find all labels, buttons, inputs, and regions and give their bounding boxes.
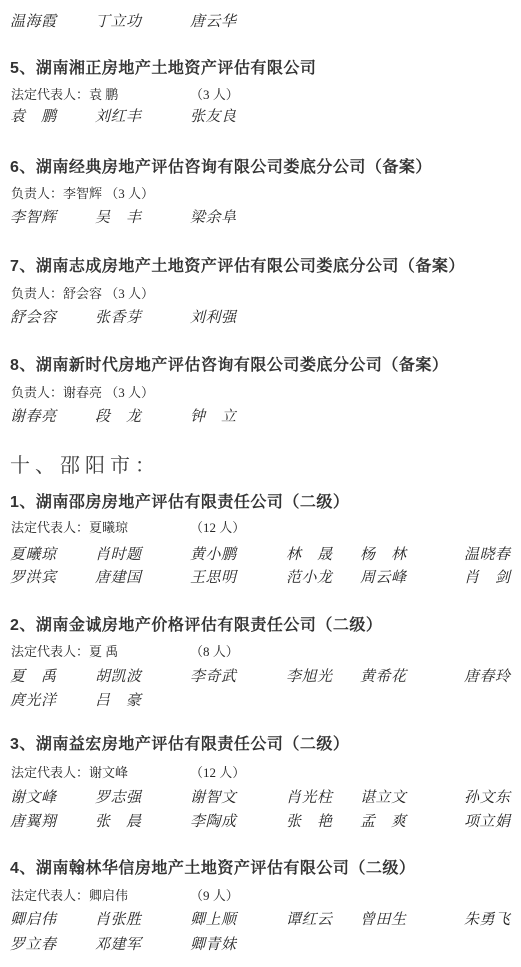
member-name: 卿启伟	[10, 908, 57, 929]
rep-label: 法定代表人：夏曦琼	[11, 520, 128, 535]
member-row: 舒会容 张香芽 刘利强	[0, 306, 521, 328]
member-name: 夏 禹	[10, 665, 57, 686]
member-name: 刘利强	[190, 306, 237, 327]
member-name: 谢智文	[190, 786, 237, 807]
company-heading-6: 6、湖南经典房地产评估咨询有限公司娄底分公司（备案）	[10, 154, 432, 174]
rep-line-4: 法定代表人：卿启伟 （9 人）	[0, 885, 521, 903]
rep-line-3: 法定代表人：谢文峰 （12 人）	[0, 762, 521, 780]
company-heading-2: 2、湖南金诚房地产价格评估有限责任公司（二级）	[10, 612, 382, 632]
rep-line-2: 法定代表人：夏 禹 （8 人）	[0, 641, 521, 659]
document-page: 温海霞 丁立功 唐云华 5、湖南湘正房地产土地资产评估有限公司 法定代表人：袁 …	[0, 0, 521, 967]
member-name: 温海霞	[10, 10, 57, 31]
member-name: 谭红云	[286, 908, 333, 929]
rep-line-1: 法定代表人：夏曦琼 （12 人）	[0, 517, 521, 535]
member-row: 温海霞 丁立功 唐云华	[0, 10, 521, 32]
rep-line-7: 负责人：舒会容 （3 人）	[0, 283, 521, 301]
member-row: 李智辉 吴 丰 梁余阜	[0, 206, 521, 228]
member-row: 罗立春 邓建军 卿青妹	[0, 933, 521, 955]
member-name: 卿上顺	[190, 908, 237, 929]
rep-label: 法定代表人：袁 鹏	[11, 87, 118, 102]
rep-label: 法定代表人：谢文峰	[11, 765, 128, 780]
member-name: 朱勇飞	[464, 908, 511, 929]
member-name: 王思明	[190, 566, 237, 587]
member-name: 李陶成	[190, 810, 237, 831]
member-name: 肖张胜	[95, 908, 142, 929]
member-name: 曾田生	[360, 908, 407, 929]
member-name: 唐建国	[95, 566, 142, 587]
rep-line-6: 负责人：李智辉 （3 人）	[0, 183, 521, 201]
member-name: 罗志强	[95, 786, 142, 807]
member-name: 肖 剑	[464, 566, 511, 587]
member-name: 张友良	[190, 105, 237, 126]
rep-label: 负责人：舒会容	[11, 286, 102, 301]
member-name: 黄小鹏	[190, 543, 237, 564]
member-count: （9 人）	[190, 885, 239, 904]
company-heading-5: 5、湖南湘正房地产土地资产评估有限公司	[10, 55, 316, 75]
city-section-heading: 十、邵阳市：	[10, 449, 160, 475]
member-name: 孙文东	[464, 786, 511, 807]
member-row: 夏曦琼 肖时题 黄小鹏 林 晟 杨 林 温晓春	[0, 543, 521, 565]
member-name: 黄希花	[360, 665, 407, 686]
member-row: 卿启伟 肖张胜 卿上顺 谭红云 曾田生 朱勇飞	[0, 908, 521, 930]
member-row: 庹光洋 吕 豪	[0, 689, 521, 711]
member-name: 梁余阜	[190, 206, 237, 227]
member-name: 钟 立	[190, 405, 237, 426]
member-name: 肖时题	[95, 543, 142, 564]
member-name: 吴 丰	[95, 206, 142, 227]
company-heading-4: 4、湖南翰林华信房地产土地资产评估有限公司（二级）	[10, 855, 415, 875]
member-row: 谢文峰 罗志强 谢智文 肖光柱 谌立文 孙文东	[0, 786, 521, 808]
member-name: 项立娟	[464, 810, 511, 831]
member-name: 胡凯波	[95, 665, 142, 686]
member-row: 袁 鹏 刘红丰 张友良	[0, 105, 521, 127]
member-count: （3 人）	[190, 84, 239, 103]
member-name: 李奇武	[190, 665, 237, 686]
member-count: （3 人）	[105, 385, 154, 400]
member-name: 谢春亮	[10, 405, 57, 426]
rep-label: 法定代表人：夏 禹	[11, 644, 118, 659]
member-name: 罗立春	[10, 933, 57, 954]
member-name: 邓建军	[95, 933, 142, 954]
member-name: 肖光柱	[286, 786, 333, 807]
member-name: 李智辉	[10, 206, 57, 227]
member-name: 唐翼翔	[10, 810, 57, 831]
rep-label: 法定代表人：卿启伟	[11, 888, 128, 903]
member-name: 杨 林	[360, 543, 407, 564]
member-name: 张 晨	[95, 810, 142, 831]
member-row: 唐翼翔 张 晨 李陶成 张 艳 孟 爽 项立娟	[0, 810, 521, 832]
member-name: 范小龙	[286, 566, 333, 587]
member-row: 夏 禹 胡凯波 李奇武 李旭光 黄希花 唐春玲	[0, 665, 521, 687]
member-name: 唐云华	[190, 10, 237, 31]
member-name: 张香芽	[95, 306, 142, 327]
company-heading-3: 3、湖南益宏房地产评估有限责任公司（二级）	[10, 731, 349, 751]
member-name: 夏曦琼	[10, 543, 57, 564]
member-count: （12 人）	[190, 762, 245, 781]
member-row: 谢春亮 段 龙 钟 立	[0, 405, 521, 427]
rep-line-5: 法定代表人：袁 鹏 （3 人）	[0, 84, 521, 102]
member-name: 卿青妹	[190, 933, 237, 954]
member-name: 吕 豪	[95, 689, 142, 710]
rep-label: 负责人：谢春亮	[11, 385, 102, 400]
member-name: 庹光洋	[10, 689, 57, 710]
rep-label: 负责人：李智辉	[11, 186, 102, 201]
member-name: 林 晟	[286, 543, 333, 564]
company-heading-8: 8、湖南新时代房地产评估咨询有限公司娄底分公司（备案）	[10, 352, 448, 372]
member-name: 袁 鹏	[10, 105, 57, 126]
member-name: 温晓春	[464, 543, 511, 564]
member-name: 罗洪宾	[10, 566, 57, 587]
member-name: 谌立文	[360, 786, 407, 807]
member-name: 李旭光	[286, 665, 333, 686]
member-name: 张 艳	[286, 810, 333, 831]
member-count: （3 人）	[105, 186, 154, 201]
company-heading-1: 1、湖南邵房房地产评估有限责任公司（二级）	[10, 489, 349, 509]
member-row: 罗洪宾 唐建国 王思明 范小龙 周云峰 肖 剑	[0, 566, 521, 588]
member-name: 孟 爽	[360, 810, 407, 831]
member-name: 周云峰	[360, 566, 407, 587]
member-count: （8 人）	[190, 641, 239, 660]
member-name: 谢文峰	[10, 786, 57, 807]
member-name: 舒会容	[10, 306, 57, 327]
company-heading-7: 7、湖南志成房地产土地资产评估有限公司娄底分公司（备案）	[10, 253, 465, 273]
member-name: 唐春玲	[464, 665, 511, 686]
member-name: 刘红丰	[95, 105, 142, 126]
rep-line-8: 负责人：谢春亮 （3 人）	[0, 382, 521, 400]
member-count: （12 人）	[190, 517, 245, 536]
member-name: 段 龙	[95, 405, 142, 426]
member-count: （3 人）	[105, 286, 154, 301]
member-name: 丁立功	[95, 10, 142, 31]
